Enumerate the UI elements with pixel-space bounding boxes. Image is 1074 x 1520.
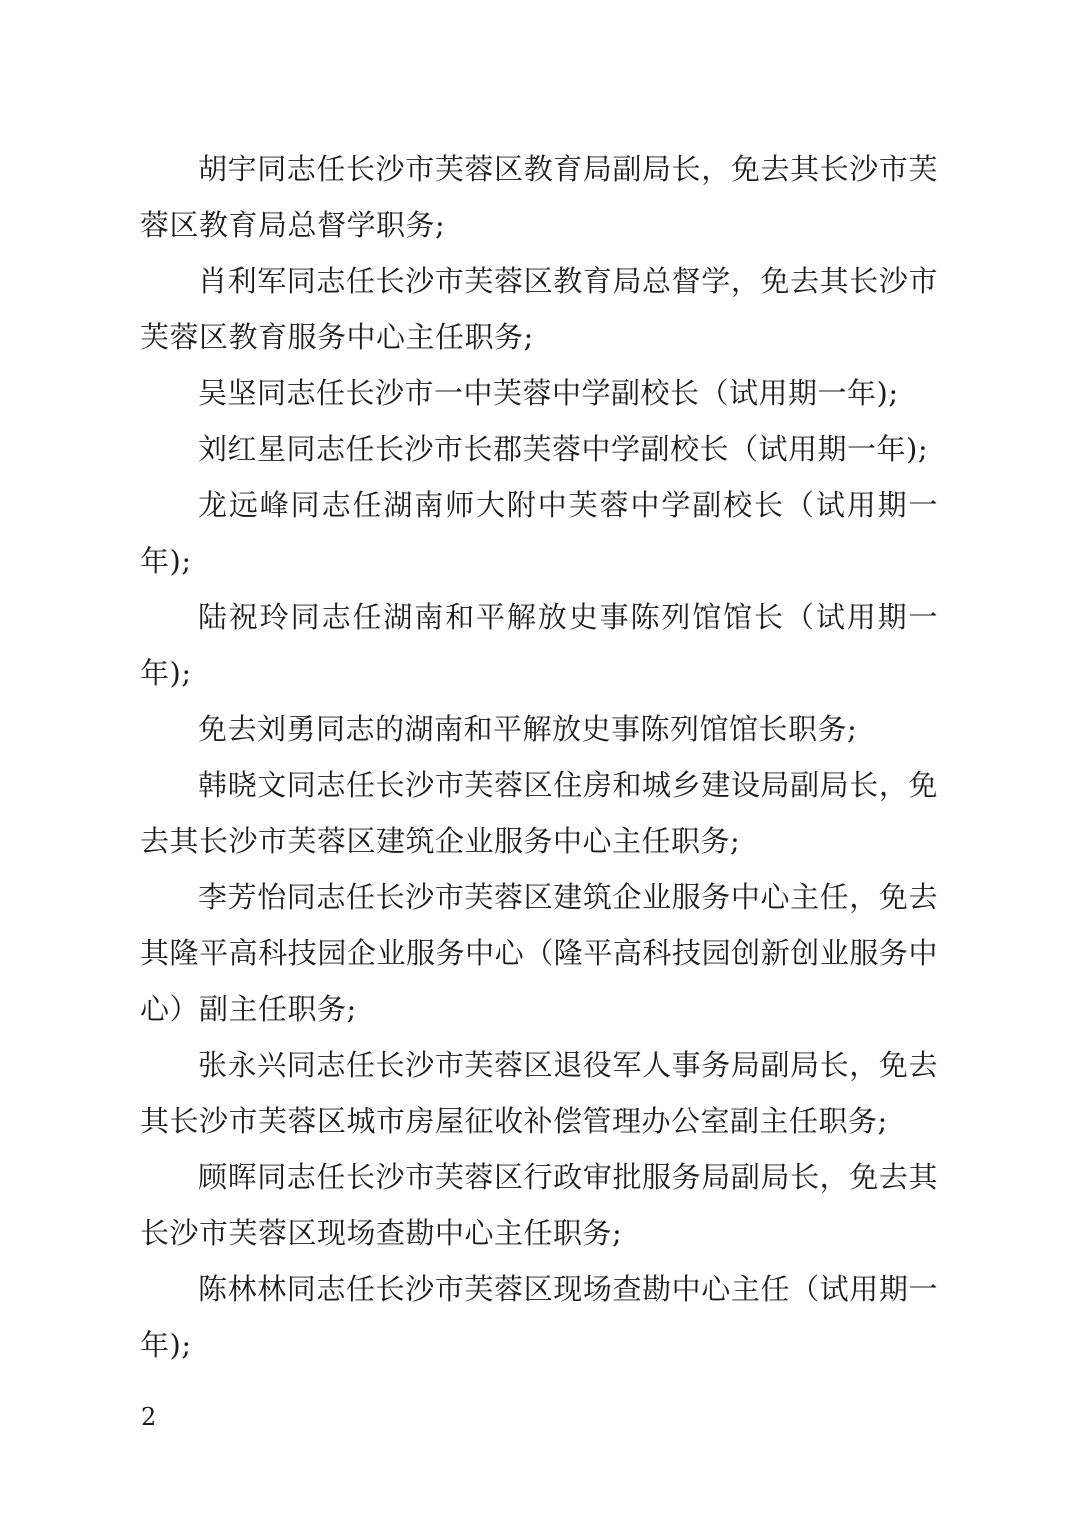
paragraph-appointment-9: 李芳怡同志任长沙市芙蓉区建筑企业服务中心主任，免去其隆平高科技园企业服务中心（隆… — [140, 869, 938, 1037]
paragraph-appointment-2: 肖利军同志任长沙市芙蓉区教育局总督学，免去其长沙市芙蓉区教育服务中心主任职务; — [140, 253, 938, 365]
paragraph-appointment-3: 吴坚同志任长沙市一中芙蓉中学副校长（试用期一年); — [140, 365, 938, 421]
paragraph-appointment-12: 陈林林同志任长沙市芙蓉区现场查勘中心主任（试用期一年); — [140, 1261, 938, 1373]
paragraph-appointment-10: 张永兴同志任长沙市芙蓉区退役军人事务局副局长，免去其长沙市芙蓉区城市房屋征收补偿… — [140, 1037, 938, 1149]
paragraph-appointment-1: 胡宇同志任长沙市芙蓉区教育局副局长，免去其长沙市芙蓉区教育局总督学职务; — [140, 141, 938, 253]
paragraph-removal-7: 免去刘勇同志的湖南和平解放史事陈列馆馆长职务; — [140, 701, 938, 757]
paragraph-appointment-4: 刘红星同志任长沙市长郡芙蓉中学副校长（试用期一年); — [140, 421, 938, 477]
paragraph-appointment-8: 韩晓文同志任长沙市芙蓉区住房和城乡建设局副局长，免去其长沙市芙蓉区建筑企业服务中… — [140, 757, 938, 869]
page-number: 2 — [141, 1402, 156, 1432]
paragraph-appointment-5: 龙远峰同志任湖南师大附中芙蓉中学副校长（试用期一年); — [140, 477, 938, 589]
paragraph-appointment-6: 陆祝玲同志任湖南和平解放史事陈列馆馆长（试用期一年); — [140, 589, 938, 701]
document-page: 胡宇同志任长沙市芙蓉区教育局副局长，免去其长沙市芙蓉区教育局总督学职务; 肖利军… — [0, 0, 1074, 1520]
document-body: 胡宇同志任长沙市芙蓉区教育局副局长，免去其长沙市芙蓉区教育局总督学职务; 肖利军… — [140, 141, 938, 1373]
paragraph-appointment-11: 顾晖同志任长沙市芙蓉区行政审批服务局副局长，免去其长沙市芙蓉区现场查勘中心主任职… — [140, 1149, 938, 1261]
